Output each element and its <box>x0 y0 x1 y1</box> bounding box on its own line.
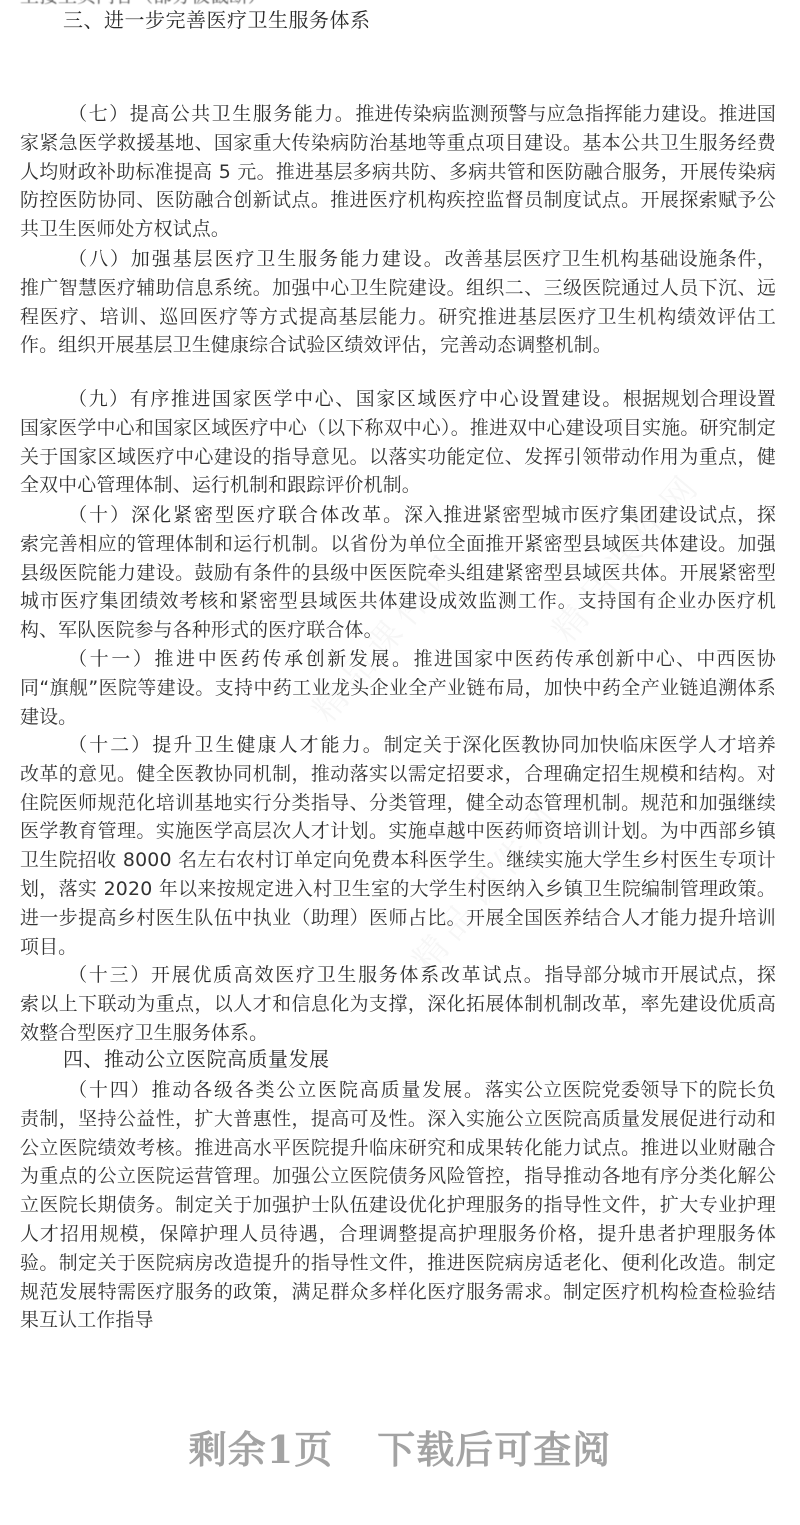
paragraph-body: 落实公立医院党委领导下的院长负责制，坚持公益性，扩大普惠性，提高可及性。深入实施… <box>20 1079 776 1331</box>
download-to-view-label[interactable]: 下载后可查阅 <box>377 1420 611 1480</box>
paragraph-10: （十）深化紧密型医疗联合体改革。深入推进紧密型城市医疗集团建设试点，探索完善相应… <box>20 501 776 645</box>
paragraph-lead: （八）加强基层医疗卫生服务能力建设。 <box>68 248 444 270</box>
paragraph-13: （十三）开展优质高效医疗卫生服务体系改革试点。指导部分城市开展试点，探索以上下联… <box>20 961 776 1047</box>
paragraph-9: （九）有序推进国家医学中心、国家区域医疗中心设置建设。根据规划合理设置国家医学中… <box>20 385 776 500</box>
section-three-heading: 三、进一步完善医疗卫生服务体系 <box>63 6 371 34</box>
paragraph-12: （十二）提升卫生健康人才能力。制定关于深化医教协同加快临床医学人才培养改革的意见… <box>20 731 776 961</box>
paragraph-lead: （十）深化紧密型医疗联合体改革。 <box>68 504 404 526</box>
remaining-pages-banner[interactable]: 剩余1页下载后可查阅 <box>0 1420 800 1480</box>
paragraph-8: （八）加强基层医疗卫生服务能力建设。改善基层医疗卫生机构基础设施条件，推广智慧医… <box>20 245 776 360</box>
remaining-pages-label: 剩余1页 <box>189 1420 333 1480</box>
paragraph-lead: （十三）开展优质高效医疗卫生服务体系改革试点。 <box>68 964 544 986</box>
document-page: 上接上页内容（部分被截断） 三、进一步完善医疗卫生服务体系 （七）提高公共卫生服… <box>0 0 800 1525</box>
paragraph-lead: （七）提高公共卫生服务能力。 <box>68 103 355 125</box>
paragraph-lead: （十四）推动各级各类公立医院高质量发展。 <box>68 1079 485 1101</box>
paragraph-lead: （十一）推进中医药传承创新发展。 <box>68 648 413 670</box>
paragraph-14: （十四）推动各级各类公立医院高质量发展。落实公立医院党委领导下的院长负责制，坚持… <box>20 1076 776 1335</box>
section-four-heading: 四、推动公立医院高质量发展 <box>63 1045 330 1073</box>
paragraph-lead: （十二）提升卫生健康人才能力。 <box>68 734 384 756</box>
paragraph-7: （七）提高公共卫生服务能力。推进传染病监测预警与应急指挥能力建设。推进国家紧急医… <box>20 100 776 244</box>
paragraph-11: （十一）推进中医药传承创新发展。推进国家中医药传承创新中心、中西医协同“旗舰”医… <box>20 645 776 731</box>
paragraph-body: 制定关于深化医教协同加快临床医学人才培养改革的意见。健全医教协同机制，推动落实以… <box>20 734 776 958</box>
paragraph-lead: （九）有序推进国家医学中心、国家区域医疗中心设置建设。 <box>68 388 623 410</box>
